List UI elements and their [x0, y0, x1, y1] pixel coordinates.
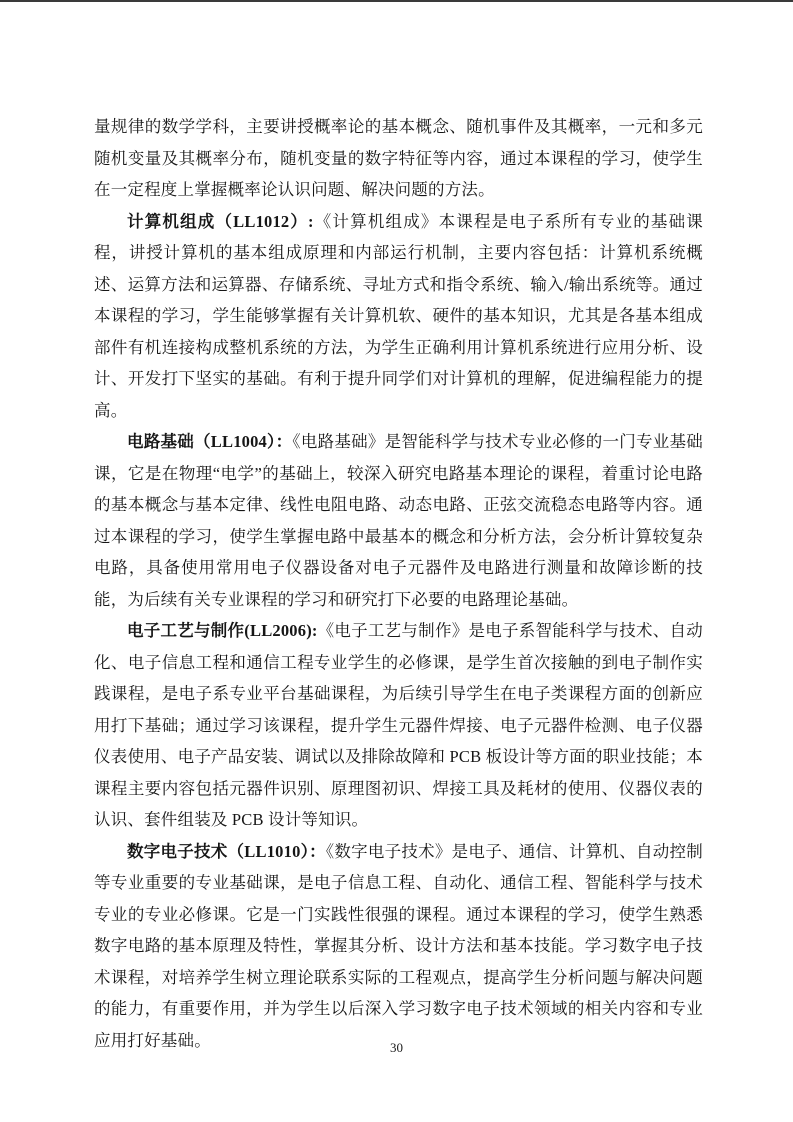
page-top-edge-line: [0, 0, 793, 2]
document-page: 量规律的数学学科，主要讲授概率论的基本概念、随机事件及其概率，一元和多元随机变量…: [0, 0, 793, 1122]
paragraph-text: 量规律的数学学科，主要讲授概率论的基本概念、随机事件及其概率，一元和多元随机变量…: [94, 117, 703, 199]
paragraph-electronic-craft: 电子工艺与制作(LL2006):《电子工艺与制作》是电子系智能科学与技术、自动化…: [94, 615, 703, 836]
paragraph-text: 《电路基础》是智能科学与技术专业必修的一门专业基础课，它是在物理“电学”的基础上…: [94, 432, 703, 609]
page-number: 30: [0, 1038, 793, 1058]
paragraph-computer-organization: 计算机组成（LL1012）:《计算机组成》本课程是电子系所有专业的基础课程，讲授…: [94, 206, 703, 427]
paragraph-text: 《计算机组成》本课程是电子系所有专业的基础课程，讲授计算机的基本组成原理和内部运…: [94, 212, 703, 420]
page-body-text: 量规律的数学学科，主要讲授概率论的基本概念、随机事件及其概率，一元和多元随机变量…: [94, 111, 703, 1056]
paragraph-text: 《数字电子技术》是电子、通信、计算机、自动控制等专业重要的专业基础课，是电子信息…: [94, 842, 703, 1050]
course-heading-digital-electronics: 数字电子技术（LL1010）：: [127, 842, 326, 861]
course-heading-circuit-fundamentals: 电路基础（LL1004）：: [127, 432, 292, 451]
course-heading-computer-organization: 计算机组成（LL1012）:: [127, 212, 314, 231]
paragraph-circuit-fundamentals: 电路基础（LL1004）：《电路基础》是智能科学与技术专业必修的一门专业基础课，…: [94, 426, 703, 615]
paragraph-probability-continued: 量规律的数学学科，主要讲授概率论的基本概念、随机事件及其概率，一元和多元随机变量…: [94, 111, 703, 206]
paragraph-digital-electronics: 数字电子技术（LL1010）：《数字电子技术》是电子、通信、计算机、自动控制等专…: [94, 836, 703, 1057]
paragraph-text: 《电子工艺与制作》是电子系智能科学与技术、自动化、电子信息工程和通信工程专业学生…: [94, 621, 703, 829]
course-heading-electronic-craft: 电子工艺与制作(LL2006):: [127, 621, 318, 640]
